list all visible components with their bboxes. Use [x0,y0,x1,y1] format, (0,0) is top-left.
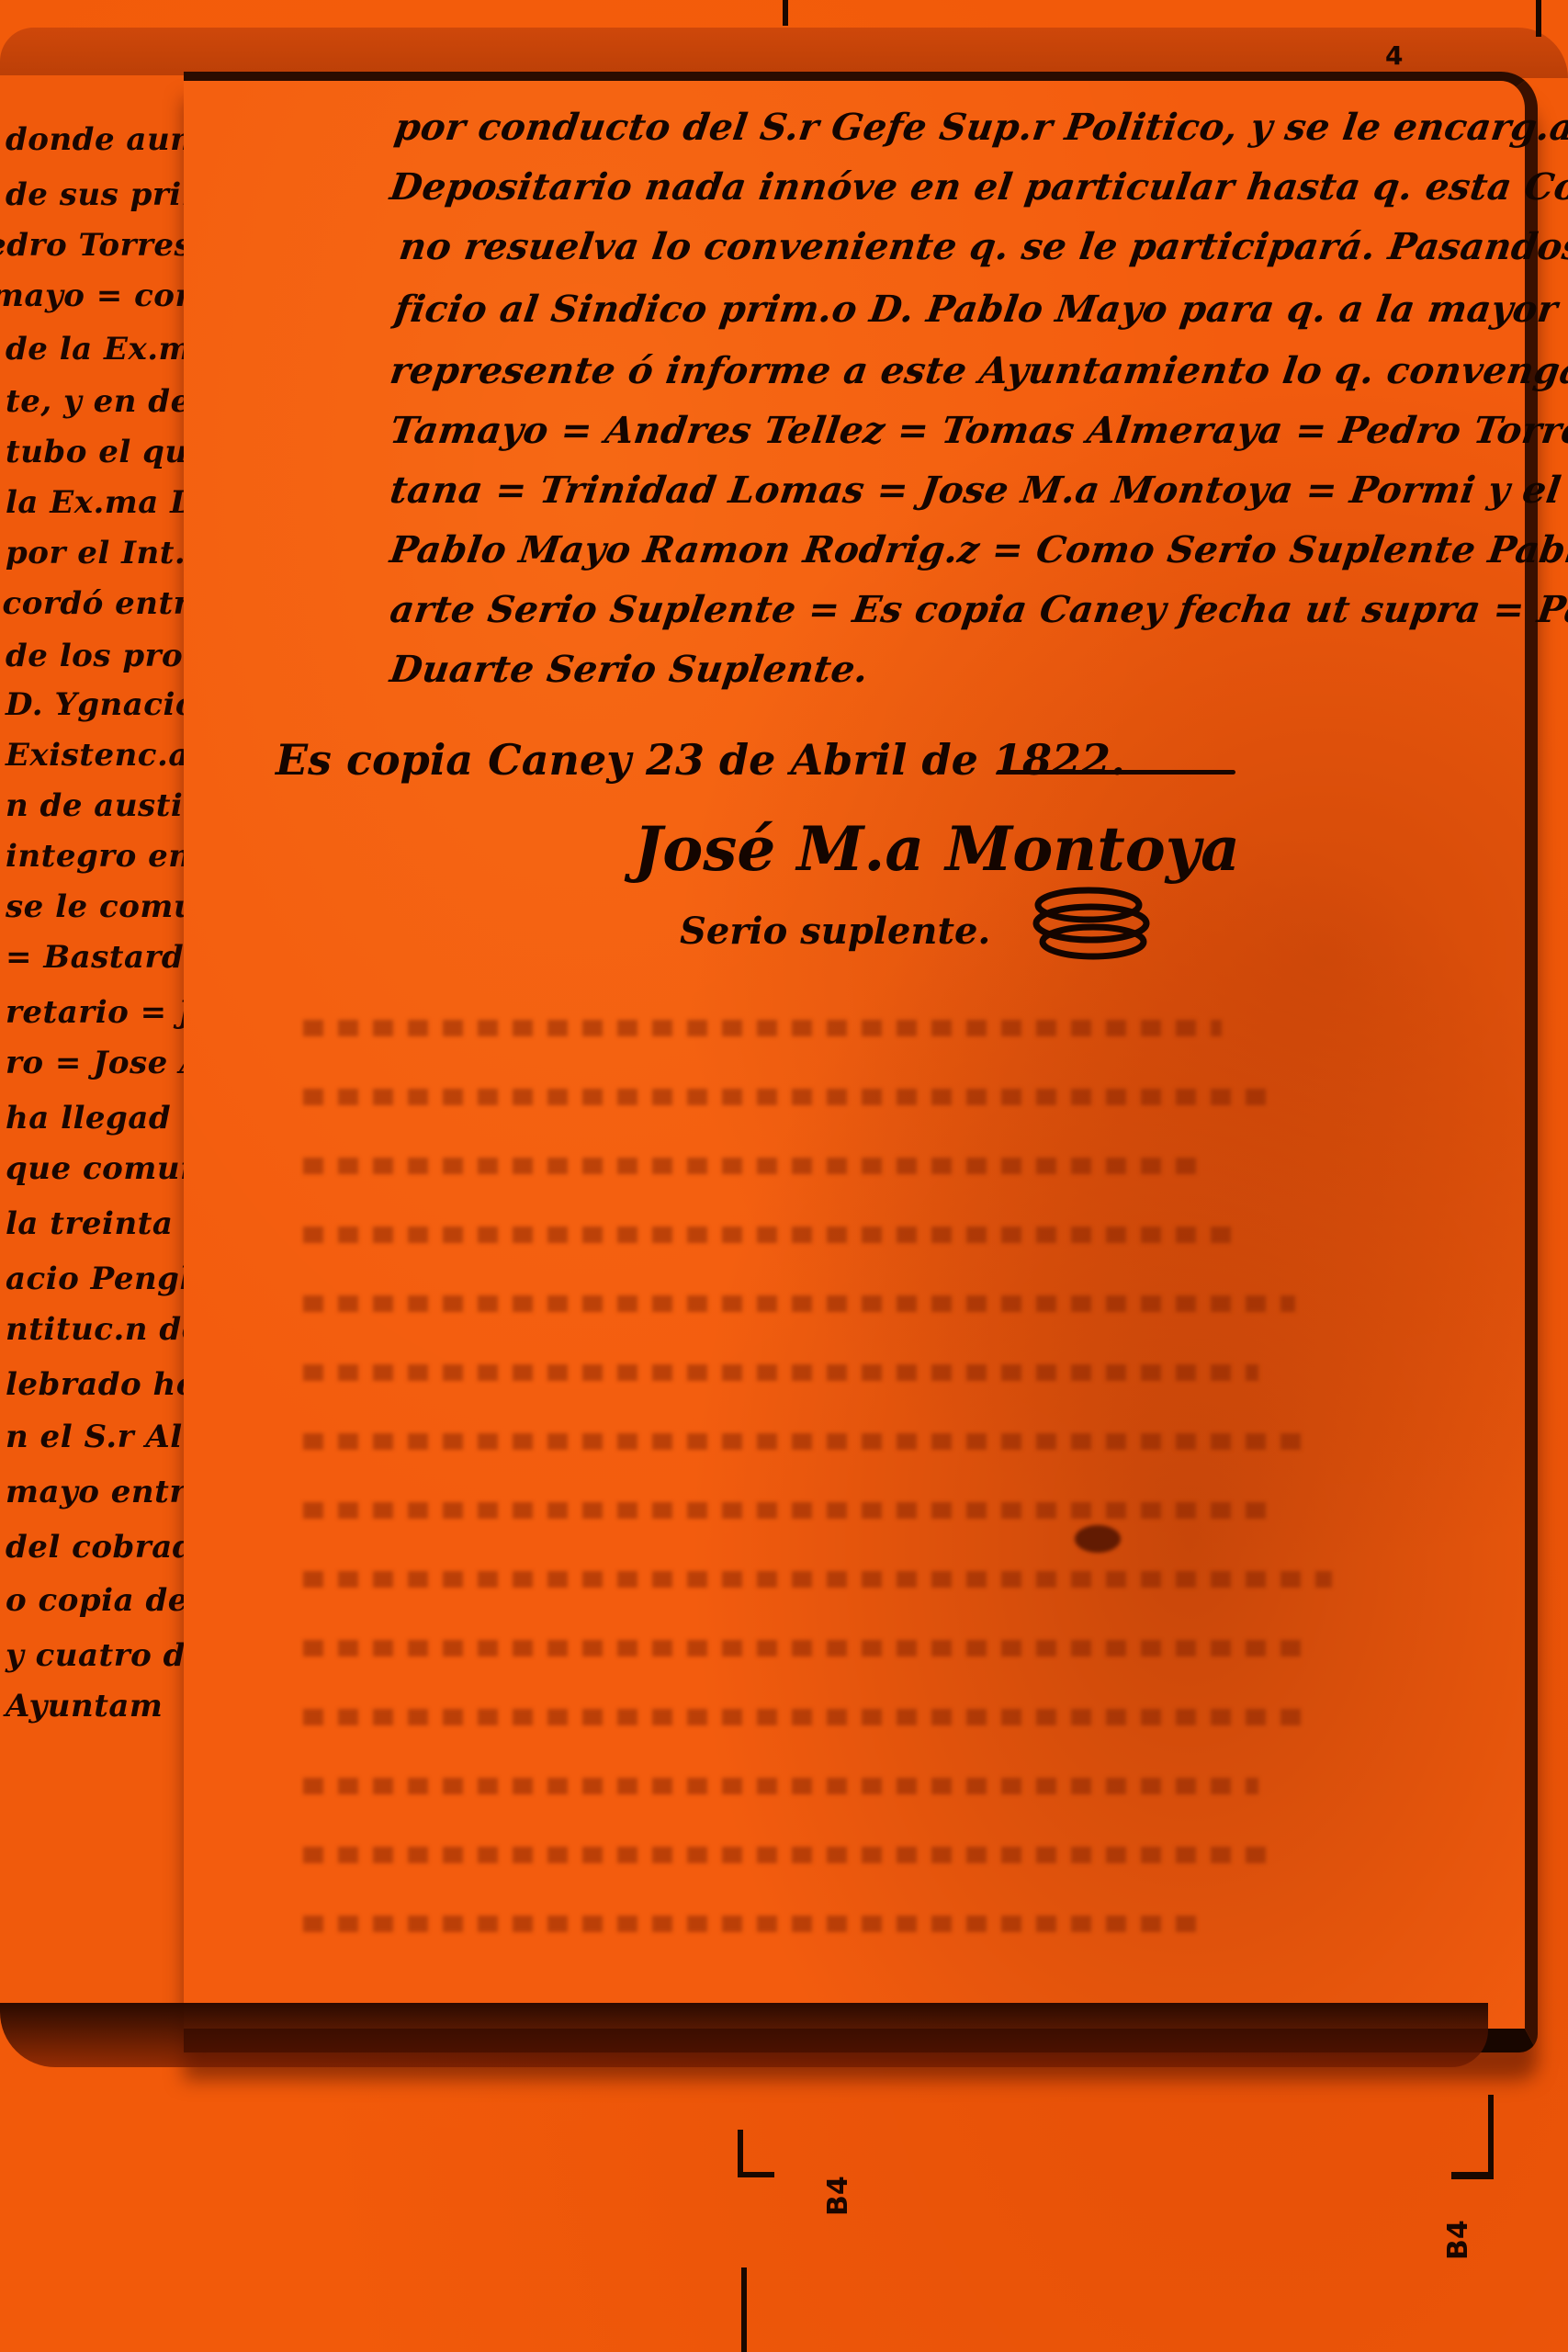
signature-name: José M.a Montoya [634,813,1240,885]
certification-line: Es copia Caney 23 de Abril de 1822. [276,735,1125,785]
left-line: retario = Ju [6,994,186,1031]
manuscript-line: Duarte Serio Suplente. [388,648,872,691]
page-number: 4 [1385,40,1403,71]
crop-mark-top-right [1536,0,1541,37]
manuscript-line: Depositario nada innóve en el particular… [388,165,1568,209]
manuscript-line: arte Serio Suplente = Es copia Caney fec… [388,588,1568,631]
film-marker-label-left: B4 [822,2176,854,2216]
left-line: Pedro Torres = Ja [0,227,186,264]
manuscript-line: no resuelva lo conveniente q. se le part… [397,225,1568,268]
left-line: n el S.r Al [6,1419,183,1455]
left-line: = Bastard = [6,939,186,976]
corner-mark-left-lower [741,2267,747,2352]
left-line: por el Int. [6,535,186,571]
left-line: del cobrad [6,1529,186,1566]
signature-title: Serio suplente. [680,910,990,953]
ink-stain [1075,1525,1121,1553]
left-line: la treinta [6,1205,173,1242]
corner-mark-left-horizontal [738,2172,774,2177]
left-line: ntituc.n del [6,1311,186,1348]
left-line: mayo entre [6,1474,186,1510]
manuscript-line: por conducto del S.r Gefe Sup.r Politico… [392,106,1568,149]
left-line: acio Pengli [6,1261,186,1297]
left-line: de los propio [6,638,186,674]
left-line: que comun [6,1150,186,1187]
corner-mark-right-vertical [1488,2095,1494,2177]
top-edge-shadow [0,28,1568,78]
left-line: mayo = como so [0,277,186,314]
manuscript-line: Pablo Mayo Ramon Rodrig.z = Como Serio S… [388,528,1568,571]
left-line: D. Ygnacio de [6,686,186,723]
closing-flourish-rule [997,770,1235,775]
left-line: Ayuntam [6,1688,163,1724]
crop-mark-top-center [783,0,788,26]
left-line: n de austicia [6,787,186,824]
left-line: de sus prim [6,176,186,213]
left-line: lebrado ho [6,1366,186,1403]
left-line: donde aun [6,121,186,158]
left-line: o copia de [6,1582,186,1619]
left-line: de la Ex.ma D [6,331,186,367]
manuscript-line: represente ó informe a este Ayuntamiento… [388,349,1568,392]
film-marker-label-right: B4 [1442,2220,1474,2260]
left-line: la Ex.ma Dip [6,484,186,521]
left-line: se le comun [6,888,186,925]
corner-mark-left-vertical [738,2130,743,2176]
manuscript-line: tana = Trinidad Lomas = Jose M.a Montoya… [388,469,1568,512]
left-line: integro en cas [6,838,186,875]
left-line: Existenc.a en [6,737,186,774]
left-line: acordó entre [0,585,186,622]
left-page-fragment: donde aun de sus prim Pedro Torres = Ja … [0,75,186,2014]
left-line: tubo el quin [6,434,186,470]
bottom-edge-shadow [0,2003,1488,2067]
manuscript-line: Tamayo = Andres Tellez = Tomas Almeraya … [388,409,1568,452]
left-line: te, y en del q. [6,383,186,420]
left-line: ha llegad [6,1100,171,1136]
left-line: y cuatro de [6,1637,186,1674]
corner-mark-right-horizontal [1451,2172,1494,2179]
manuscript-line: ficio al Sindico prim.o D. Pablo Mayo pa… [392,288,1568,331]
left-line: ro = Jose Ang [6,1045,186,1081]
signature-rubric-icon [1020,877,1157,965]
